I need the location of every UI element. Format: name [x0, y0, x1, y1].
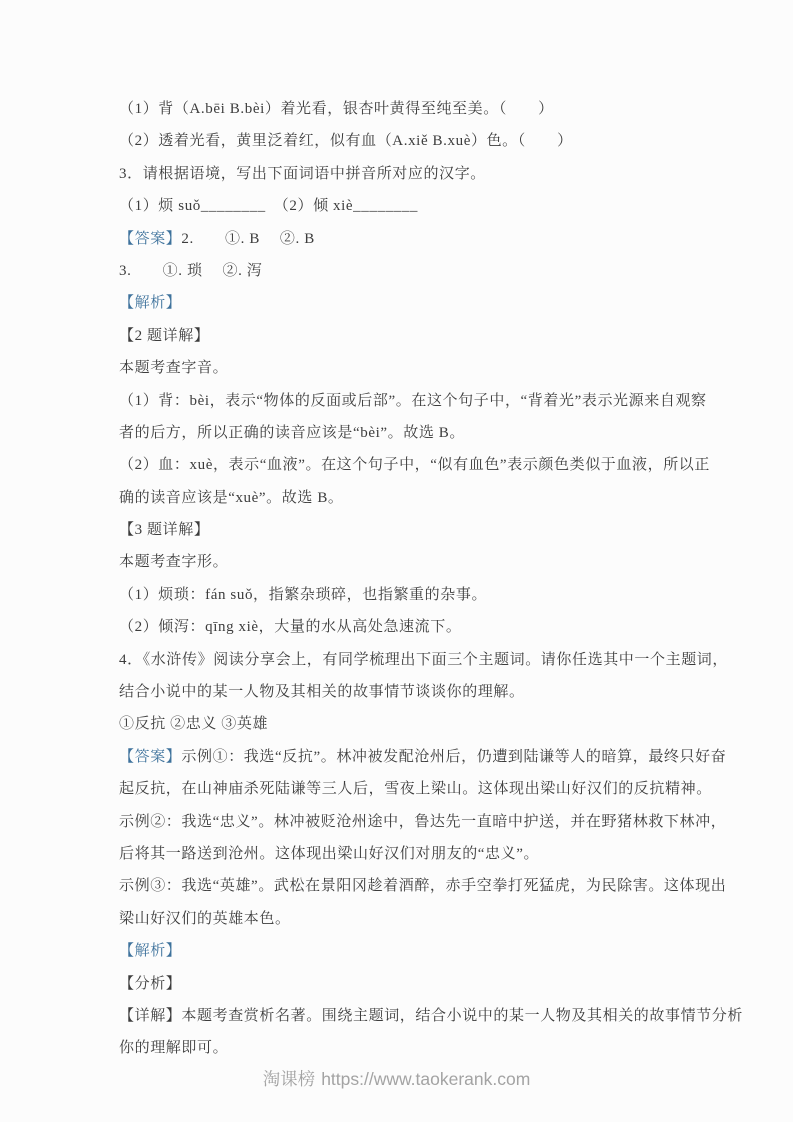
xiangjie-line1-text: 【详解】本题考查赏析名著。围绕主题词，结合小说中的某一人物及其相关的故事情节分析 — [119, 1008, 743, 1024]
answer-q4-ex3-line2: 梁山好汉们的英雄本色。 — [119, 910, 689, 942]
exam-answer-document-page: （1）背（A.bēi B.bèi）着光看，银杏叶黄得至纯至美。（ ）（2）透着光… — [0, 0, 793, 1122]
detail-q2-item2-line1-text: （2）血：xuè，表示“血液”。在这个句子中，“似有血色”表示颜色类似于血液，所… — [119, 457, 710, 473]
detail-q3-item1: （1）烦琐：fán suǒ，指繁杂琐碎，也指繁重的杂事。 — [119, 586, 689, 618]
q4-theme-options-text: ①反抗 ②忠义 ③英雄 — [119, 716, 268, 732]
footer: 淘课榜https://www.taokerank.com — [0, 1066, 793, 1091]
answer-q4-ex2-line2-text: 后将其一路送到沧州。这体现出梁山好汉们对朋友的“忠义”。 — [119, 846, 539, 862]
detail-q2-item2-line2: 确的读音应该是“xuè”。故选 B。 — [119, 489, 689, 521]
answer-q4-ex3-line1-text: 示例③：我选“英雄”。武松在景阳冈趁着酒醉，赤手空拳打死猛虎，为民除害。这体现出 — [119, 878, 726, 894]
footer-site-name: 淘课榜 — [263, 1069, 316, 1089]
answer-q4-ex1-line1: 【答案】示例①：我选“反抗”。林冲被发配沧州后，仍遭到陆谦等人的暗算，最终只好奋 — [119, 748, 689, 780]
detail-heading-q3-text: 【3 题详解】 — [119, 522, 209, 538]
detail-heading-q2-text: 【2 题详解】 — [119, 328, 209, 344]
detail-heading-q3: 【3 题详解】 — [119, 521, 689, 553]
answer-q4-ex2-line1-text: 示例②：我选“忠义”。林冲被贬沧州途中，鲁达先一直暗中护送，并在野猪林救下林冲， — [119, 814, 726, 830]
detail-q3-item2-text: （2）倾泻：qīng xiè，大量的水从高处急速流下。 — [119, 619, 461, 635]
q4-stem-line2: 结合小说中的某一人物及其相关的故事情节谈谈你的理解。 — [119, 683, 689, 715]
jiexi-label-q23: 【解析】 — [119, 294, 689, 326]
detail-q2-item2-line2-text: 确的读音应该是“xuè”。故选 B。 — [119, 490, 344, 506]
xiangjie-line2-text: 你的理解即可。 — [119, 1040, 228, 1056]
q2-item-2-text: （2）透着光看，黄里泛着红，似有血（A.xiě B.xuè）色。（ ） — [119, 133, 573, 149]
answer-q2: 【答案】2. ①. B ②. B — [119, 230, 689, 262]
detail-q2-item2-line1: （2）血：xuè，表示“血液”。在这个句子中，“似有血色”表示颜色类似于血液，所… — [119, 456, 689, 488]
detail-q2-intro: 本题考查字音。 — [119, 359, 689, 391]
q4-stem-line1: 4．《水浒传》阅读分享会上，有同学梳理出下面三个主题词。请你任选其中一个主题词， — [119, 651, 689, 683]
q2-item-1-text: （1）背（A.bēi B.bèi）着光看，银杏叶黄得至纯至美。（ ） — [119, 101, 554, 117]
detail-q2-item1-line1: （1）背：bèi，表示“物体的反面或后部”。在这个句子中，“背着光”表示光源来自… — [119, 392, 689, 424]
answer-q4-ex1-line2: 起反抗，在山神庙杀死陆谦等三人后，雪夜上梁山。这体现出梁山好汉们的反抗精神。 — [119, 780, 689, 812]
detail-q3-intro: 本题考查字形。 — [119, 553, 689, 585]
q2-item-1: （1）背（A.bēi B.bèi）着光看，银杏叶黄得至纯至美。（ ） — [119, 100, 689, 132]
answer-q2-text: 2. ①. B ②. B — [181, 231, 314, 247]
answer-q3-text: 3. ①. 琐 ②. 泻 — [119, 263, 262, 279]
footer-url-link[interactable]: https://www.taokerank.com — [321, 1069, 530, 1089]
answer-q4-ex1-line2-text: 起反抗，在山神庙杀死陆谦等三人后，雪夜上梁山。这体现出梁山好汉们的反抗精神。 — [119, 781, 712, 797]
detail-q3-intro-text: 本题考查字形。 — [119, 554, 228, 570]
answer-label: 【答案】 — [119, 231, 181, 247]
answer-label: 【答案】 — [119, 749, 181, 765]
detail-q3-item1-text: （1）烦琐：fán suǒ，指繁杂琐碎，也指繁重的杂事。 — [119, 587, 487, 603]
q3-stem: 3．请根据语境，写出下面词语中拼音所对应的汉字。 — [119, 165, 689, 197]
answer-q4-ex3-line1: 示例③：我选“英雄”。武松在景阳冈趁着酒醉，赤手空拳打死猛虎，为民除害。这体现出 — [119, 877, 689, 909]
answer-q4-ex2-line1: 示例②：我选“忠义”。林冲被贬沧州途中，鲁达先一直暗中护送，并在野猪林救下林冲， — [119, 813, 689, 845]
detail-q2-item1-line2-text: 者的后方，所以正确的读音应该是“bèi”。故选 B。 — [119, 425, 465, 441]
q3-blanks-text: （1）烦 suǒ________ （2）倾 xiè________ — [119, 198, 418, 214]
q3-blanks: （1）烦 suǒ________ （2）倾 xiè________ — [119, 197, 689, 229]
answer-q4-ex2-line2: 后将其一路送到沧州。这体现出梁山好汉们对朋友的“忠义”。 — [119, 845, 689, 877]
jiexi-label-q4: 【解析】 — [119, 942, 689, 974]
analysis-label: 【解析】 — [119, 295, 181, 311]
detail-heading-q2: 【2 题详解】 — [119, 327, 689, 359]
q4-theme-options: ①反抗 ②忠义 ③英雄 — [119, 715, 689, 747]
q2-item-2: （2）透着光看，黄里泛着红，似有血（A.xiě B.xuè）色。（ ） — [119, 132, 689, 164]
xiangjie-line1: 【详解】本题考查赏析名著。围绕主题词，结合小说中的某一人物及其相关的故事情节分析 — [119, 1007, 689, 1039]
detail-q2-item1-line1-text: （1）背：bèi，表示“物体的反面或后部”。在这个句子中，“背着光”表示光源来自… — [119, 393, 707, 409]
analysis-label: 【解析】 — [119, 943, 181, 959]
fenxi-label-text: 【分析】 — [119, 976, 181, 992]
answer-q3: 3. ①. 琐 ②. 泻 — [119, 262, 689, 294]
detail-q3-item2: （2）倾泻：qīng xiè，大量的水从高处急速流下。 — [119, 618, 689, 650]
answer-q4-ex3-line2-text: 梁山好汉们的英雄本色。 — [119, 911, 291, 927]
detail-q2-intro-text: 本题考查字音。 — [119, 360, 228, 376]
detail-q2-item1-line2: 者的后方，所以正确的读音应该是“bèi”。故选 B。 — [119, 424, 689, 456]
q4-stem-line1-text: 4．《水浒传》阅读分享会上，有同学梳理出下面三个主题词。请你任选其中一个主题词， — [119, 652, 728, 668]
answer-q4-ex1-line1-text: 示例①：我选“反抗”。林冲被发配沧州后，仍遭到陆谦等人的暗算，最终只好奋 — [181, 749, 726, 765]
fenxi-label: 【分析】 — [119, 975, 689, 1007]
q4-stem-line2-text: 结合小说中的某一人物及其相关的故事情节谈谈你的理解。 — [119, 684, 525, 700]
document-lines: （1）背（A.bēi B.bèi）着光看，银杏叶黄得至纯至美。（ ）（2）透着光… — [119, 100, 689, 1072]
q3-stem-text: 3．请根据语境，写出下面词语中拼音所对应的汉字。 — [119, 166, 486, 182]
